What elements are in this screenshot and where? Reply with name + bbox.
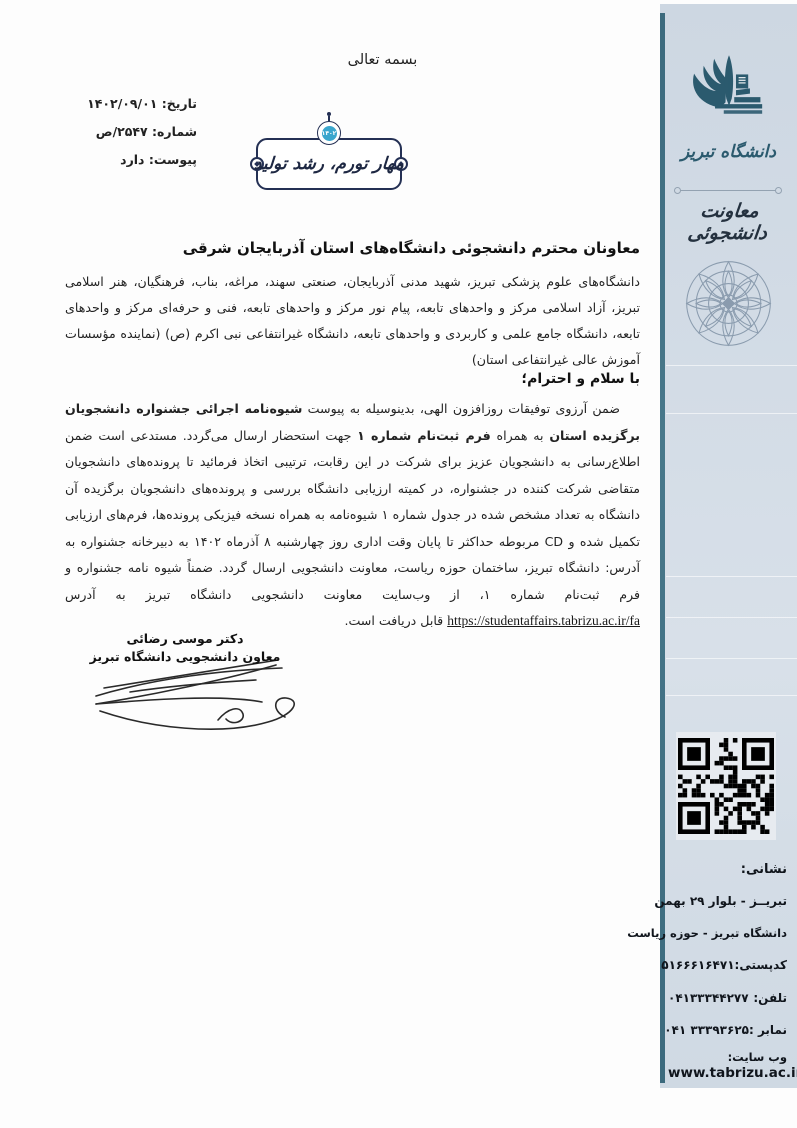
stamp-box: مهار تورم، رشد تولید xyxy=(256,138,402,190)
year-slogan-stamp: ۱۴۰۲ مهار تورم، رشد تولید xyxy=(250,112,408,192)
sidebar-band-line xyxy=(666,576,797,577)
phone-value: ۰۴۱۳۳۳۴۴۲۷۷ xyxy=(668,991,749,1005)
website-url[interactable]: www.tabrizu.ac.ir xyxy=(668,1065,787,1081)
letter-meta: تاریخ: ۱۴۰۲/۰۹/۰۱ شماره: ۲۵۴۷/ص پیوست: د… xyxy=(65,90,197,174)
signer-title: معاون دانشجویی دانشگاه تبریز xyxy=(75,648,295,666)
meta-number: شماره: ۲۵۴۷/ص xyxy=(65,118,197,146)
besmele: بسمه تعالی xyxy=(95,52,670,68)
sidebar-accent-bar xyxy=(660,13,665,1083)
sidebar-band-line xyxy=(666,695,797,696)
fax-value: ۰۴۱ ۳۳۳۹۳۶۲۵ xyxy=(664,1023,749,1037)
body-paragraph: ضمن آرزوی توفیقات روزافزون الهی، بدینوسی… xyxy=(65,396,640,635)
phone-label: تلفن: xyxy=(753,991,787,1005)
postal-code-row: کدپستی:۵۱۶۶۶۱۶۴۷۱ xyxy=(668,958,787,972)
stamp-dome-icon: ۱۴۰۲ xyxy=(317,121,341,145)
postal-label: کدپستی: xyxy=(735,958,787,972)
sidebar-divider xyxy=(674,187,782,195)
studentaffairs-link[interactable]: https://studentaffairs.tabrizu.ac.ir/fa xyxy=(447,613,640,628)
stamp-slogan: مهار تورم، رشد تولید xyxy=(253,154,404,174)
address-label: نشانی: xyxy=(668,862,787,877)
university-name: دانشگاه تبریز xyxy=(660,142,797,162)
body-segment: ضمن آرزوی توفیقات روزافزون الهی، بدینوسی… xyxy=(302,401,620,416)
stamp-year: ۱۴۰۲ xyxy=(322,126,337,141)
recipients-paragraph: دانشگاه‌های علوم پزشکی تبریز، شهید مدنی … xyxy=(65,269,640,373)
signature-block: دکتر موسی رضائی معاون دانشجویی دانشگاه ت… xyxy=(75,630,295,666)
letterhead-sidebar: دانشگاه تبریز معاونت دانشجوئی نشانی: xyxy=(660,4,797,1088)
meta-date: تاریخ: ۱۴۰۲/۰۹/۰۱ xyxy=(65,90,197,118)
qr-code xyxy=(676,732,776,840)
salutation: با سلام و احترام؛ xyxy=(522,371,640,387)
phone-row: تلفن:۰۴۱۳۳۳۴۴۲۷۷ xyxy=(668,991,787,1005)
fax-row: نمابر :۰۴۱ ۳۳۳۹۳۶۲۵ xyxy=(668,1023,787,1037)
website-label: وب سایت: xyxy=(668,1050,787,1064)
sidebar-band-line xyxy=(666,365,797,366)
sidebar-band-line xyxy=(666,617,797,618)
postal-value: ۵۱۶۶۶۱۶۴۷۱ xyxy=(661,958,734,972)
body-segment: به همراه xyxy=(491,428,550,443)
sidebar-band-line xyxy=(666,658,797,659)
body-segment: جهت استحضار ارسال می‌گردد. مستدعی است ضم… xyxy=(65,428,640,602)
meta-attachment: پیوست: دارد xyxy=(65,146,197,174)
signer-name: دکتر موسی رضائی xyxy=(75,630,295,648)
sidebar-band-line xyxy=(666,413,797,414)
address-line-1: تبریــز - بلوار ۲۹ بهمن xyxy=(668,894,787,908)
university-logo: دانشگاه تبریز xyxy=(660,50,797,162)
body-bold-segment: فرم ثبت‌نام شماره ۱ xyxy=(357,428,491,443)
recipient-heading: معاونان محترم دانشجوئی دانشگاه‌های استان… xyxy=(65,239,640,257)
fax-label: نمابر : xyxy=(749,1023,787,1037)
address-line-2: دانشگاه تبریز - حوزه ریاست xyxy=(668,926,787,940)
office-name: معاونت دانشجوئی xyxy=(658,200,797,244)
university-emblem-icon xyxy=(681,50,777,146)
body-segment: قابل دریافت است. xyxy=(344,613,447,628)
ornament-rosette-icon xyxy=(681,256,776,351)
